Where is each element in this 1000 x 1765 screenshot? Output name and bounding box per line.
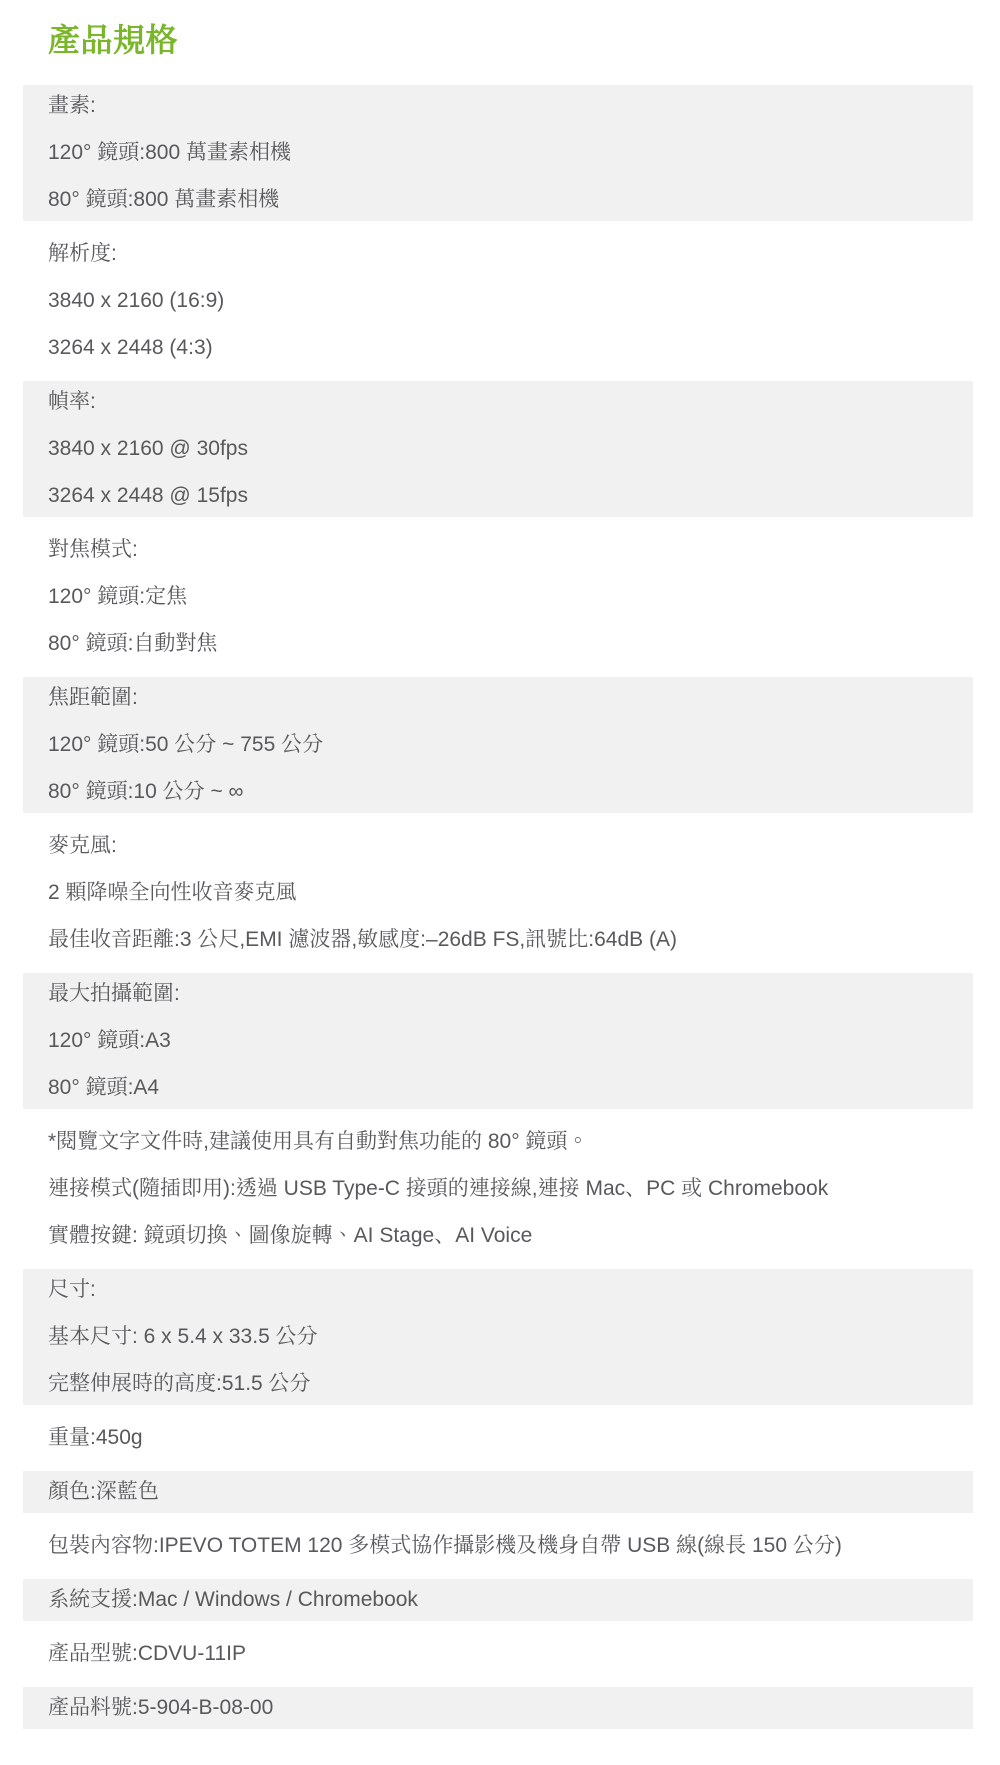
- spec-row: 包裝內容物:IPEVO TOTEM 120 多模式協作攝影機及機身自帶 USB …: [23, 1532, 973, 1560]
- spec-line: 尺寸:: [48, 1276, 948, 1304]
- spec-line: 3840 x 2160 (16:9): [48, 287, 948, 315]
- spec-line: *閱覽文字文件時,建議使用具有自動對焦功能的 80° 鏡頭。: [48, 1128, 948, 1156]
- spec-line: 120° 鏡頭:定焦: [48, 583, 948, 611]
- spec-line: 最佳收音距離:3 公尺,EMI 濾波器,敏感度:–26dB FS,訊號比:64d…: [48, 926, 948, 954]
- spec-line: 解析度:: [48, 240, 948, 268]
- spec-line: 3264 x 2448 @ 15fps: [48, 482, 948, 510]
- spec-line: 120° 鏡頭:A3: [48, 1027, 948, 1055]
- spec-row: 麥克風:2 顆降噪全向性收音麥克風最佳收音距離:3 公尺,EMI 濾波器,敏感度…: [23, 832, 973, 954]
- spec-line: 最大拍攝範圍:: [48, 980, 948, 1008]
- spec-row: 對焦模式:120° 鏡頭:定焦80° 鏡頭:自動對焦: [23, 536, 973, 658]
- spec-line: 3264 x 2448 (4:3): [48, 334, 948, 362]
- spec-line: 麥克風:: [48, 832, 948, 860]
- spec-row: 產品型號:CDVU-11IP: [23, 1640, 973, 1668]
- spec-row: 系統支援:Mac / Windows / Chromebook: [23, 1579, 973, 1621]
- spec-row: 幀率:3840 x 2160 @ 30fps3264 x 2448 @ 15fp…: [23, 381, 973, 517]
- product-specs-section: 產品規格 畫素:120° 鏡頭:800 萬畫素相機80° 鏡頭:800 萬畫素相…: [23, 18, 973, 1729]
- spec-row: *閱覽文字文件時,建議使用具有自動對焦功能的 80° 鏡頭。連接模式(隨插即用)…: [23, 1128, 973, 1250]
- spec-line: 120° 鏡頭:50 公分 ~ 755 公分: [48, 731, 948, 759]
- spec-row: 焦距範圍:120° 鏡頭:50 公分 ~ 755 公分80° 鏡頭:10 公分 …: [23, 677, 973, 813]
- spec-line: 120° 鏡頭:800 萬畫素相機: [48, 139, 948, 167]
- spec-line: 產品料號:5-904-B-08-00: [48, 1694, 948, 1722]
- spec-line: 80° 鏡頭:自動對焦: [48, 630, 948, 658]
- spec-row: 顏色:深藍色: [23, 1471, 973, 1513]
- spec-line: 重量:450g: [48, 1424, 948, 1452]
- spec-line: 產品型號:CDVU-11IP: [48, 1640, 948, 1668]
- specs-list: 畫素:120° 鏡頭:800 萬畫素相機80° 鏡頭:800 萬畫素相機解析度:…: [23, 85, 973, 1729]
- product-spec-page: 產品規格 畫素:120° 鏡頭:800 萬畫素相機80° 鏡頭:800 萬畫素相…: [0, 0, 1000, 1765]
- spec-line: 3840 x 2160 @ 30fps: [48, 435, 948, 463]
- spec-line: 對焦模式:: [48, 536, 948, 564]
- spec-line: 80° 鏡頭:A4: [48, 1074, 948, 1102]
- spec-line: 幀率:: [48, 388, 948, 416]
- spec-line: 80° 鏡頭:800 萬畫素相機: [48, 186, 948, 214]
- spec-row: 尺寸:基本尺寸: 6 x 5.4 x 33.5 公分完整伸展時的高度:51.5 …: [23, 1269, 973, 1405]
- spec-line: 焦距範圍:: [48, 684, 948, 712]
- spec-row: 重量:450g: [23, 1424, 973, 1452]
- spec-row: 最大拍攝範圍:120° 鏡頭:A380° 鏡頭:A4: [23, 973, 973, 1109]
- spec-line: 完整伸展時的高度:51.5 公分: [48, 1370, 948, 1398]
- spec-line: 2 顆降噪全向性收音麥克風: [48, 879, 948, 907]
- spec-line: 顏色:深藍色: [48, 1478, 948, 1506]
- spec-row: 產品料號:5-904-B-08-00: [23, 1687, 973, 1729]
- spec-line: 連接模式(隨插即用):透過 USB Type-C 接頭的連接線,連接 Mac、P…: [48, 1175, 948, 1203]
- page-title: 產品規格: [48, 18, 948, 62]
- spec-line: 80° 鏡頭:10 公分 ~ ∞: [48, 778, 948, 806]
- spec-line: 包裝內容物:IPEVO TOTEM 120 多模式協作攝影機及機身自帶 USB …: [48, 1532, 948, 1560]
- spec-line: 畫素:: [48, 92, 948, 120]
- spec-row: 解析度:3840 x 2160 (16:9)3264 x 2448 (4:3): [23, 240, 973, 362]
- spec-row: 畫素:120° 鏡頭:800 萬畫素相機80° 鏡頭:800 萬畫素相機: [23, 85, 973, 221]
- spec-line: 實體按鍵: 鏡頭切換、圖像旋轉、AI Stage、AI Voice: [48, 1222, 948, 1250]
- spec-line: 系統支援:Mac / Windows / Chromebook: [48, 1586, 948, 1614]
- spec-line: 基本尺寸: 6 x 5.4 x 33.5 公分: [48, 1323, 948, 1351]
